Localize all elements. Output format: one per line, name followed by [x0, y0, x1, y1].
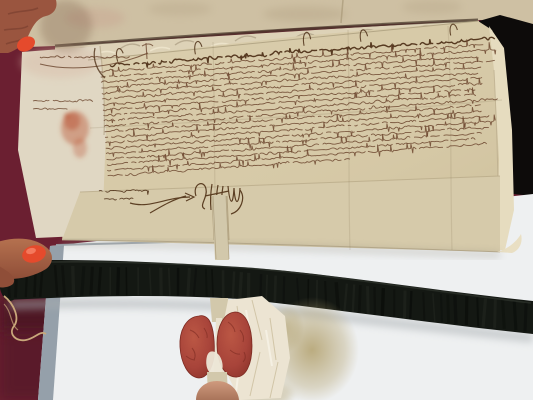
- handwriting-stroke: [525, 302, 526, 331]
- handwriting-stroke: [82, 266, 84, 295]
- handwriting-stroke: [233, 271, 234, 299]
- handwriting-stroke: [477, 298, 478, 327]
- handwriting-stroke: [503, 300, 505, 329]
- handwriting-stroke: [275, 276, 276, 303]
- handwriting-stroke: [359, 285, 360, 313]
- handwriting-stroke: [441, 294, 442, 322]
- handwriting-stroke: [91, 267, 92, 296]
- handwriting-stroke: [188, 268, 190, 296]
- handwriting-stroke: [405, 291, 406, 319]
- handwriting-stroke: [206, 269, 207, 297]
- photo-canvas: [0, 0, 533, 400]
- handwriting-stroke: [514, 301, 516, 330]
- handwriting-stroke: [353, 285, 354, 313]
- handwriting-stroke: [284, 276, 285, 303]
- photograph-medieval-charter: [0, 0, 533, 400]
- handwriting-stroke: [73, 266, 74, 296]
- handwriting-stroke: [99, 267, 101, 295]
- handwriting-stroke: [382, 288, 383, 316]
- charter-parchment-group: [18, 19, 522, 253]
- handwriting-stroke: [423, 292, 424, 320]
- handwriting-stroke: [368, 286, 369, 314]
- handwriting-stroke: [455, 295, 456, 323]
- handwriting-stroke: [410, 291, 411, 319]
- handwriting-stroke: [118, 267, 119, 295]
- handwriting-stroke: [169, 268, 170, 296]
- handwriting-stroke: [448, 295, 449, 323]
- handwriting-stroke: [495, 299, 496, 328]
- handwriting-stroke: [240, 272, 242, 300]
- handwriting-stroke: [266, 275, 267, 302]
